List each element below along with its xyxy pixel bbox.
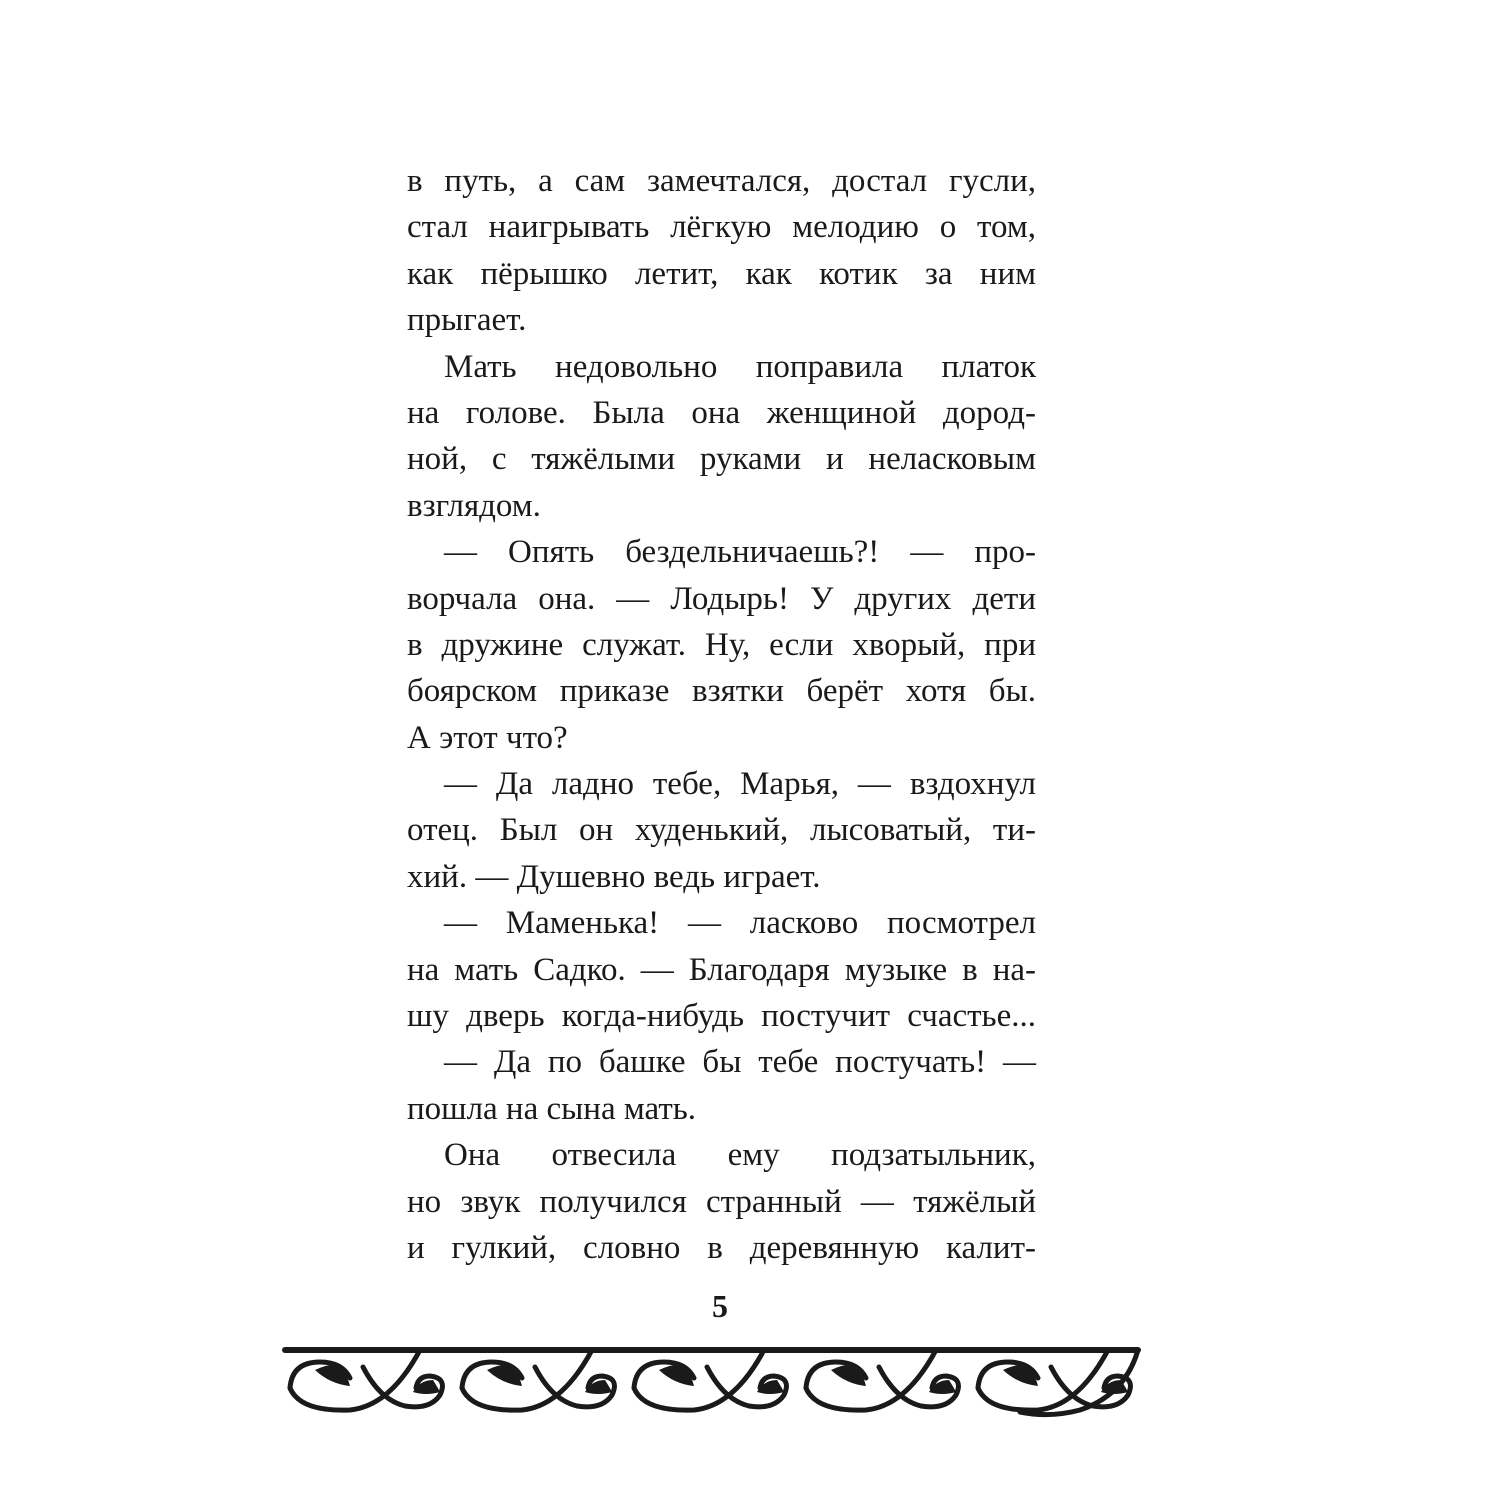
text-line: ворчала она. — Лодырь! У других дети <box>407 576 1036 622</box>
text-line: отец. Был он худенький, лысоватый, ти- <box>407 807 1036 853</box>
body-text: в путь, а сам замечтался, достал гусли,с… <box>407 158 1036 1271</box>
text-line: хий. — Душевно ведь играет. <box>407 854 1036 900</box>
text-line: — Да ладно тебе, Марья, — вздохнул <box>407 761 1036 807</box>
text-line: боярском приказе взятки берёт хотя бы. <box>407 668 1036 714</box>
text-line: и гулкий, словно в деревянную калит- <box>407 1225 1036 1271</box>
text-line: в путь, а сам замечтался, достал гусли, <box>407 158 1036 204</box>
text-line: стал наигрывать лёгкую мелодию о том, <box>407 204 1036 250</box>
text-line: прыгает. <box>407 297 1036 343</box>
text-line: А этот что? <box>407 715 1036 761</box>
text-line: в дружине служат. Ну, если хворый, при <box>407 622 1036 668</box>
text-line: на голове. Была она женщиной дород- <box>407 390 1036 436</box>
text-line: на мать Садко. — Благодаря музыке в на- <box>407 947 1036 993</box>
book-page: в путь, а сам замечтался, достал гусли,с… <box>0 0 1500 1500</box>
text-line: — Маменька! — ласково посмотрел <box>407 900 1036 946</box>
text-line: взглядом. <box>407 483 1036 529</box>
text-line: Мать недовольно поправила платок <box>407 344 1036 390</box>
text-line: как пёрышко летит, как котик за ним <box>407 251 1036 297</box>
text-line: — Опять бездельничаешь?! — про- <box>407 529 1036 575</box>
text-line: Она отвесила ему подзатыльник, <box>407 1132 1036 1178</box>
page-number: 5 <box>700 1288 740 1325</box>
text-line: — Да по башке бы тебе постучать! — <box>407 1039 1036 1085</box>
floral-vine-border-icon <box>280 1340 1150 1425</box>
text-line: ной, с тяжёлыми руками и неласковым <box>407 436 1036 482</box>
text-line: но звук получился странный — тяжёлый <box>407 1179 1036 1225</box>
text-line: пошла на сына мать. <box>407 1086 1036 1132</box>
text-line: шу дверь когда-нибудь постучит счастье..… <box>407 993 1036 1039</box>
